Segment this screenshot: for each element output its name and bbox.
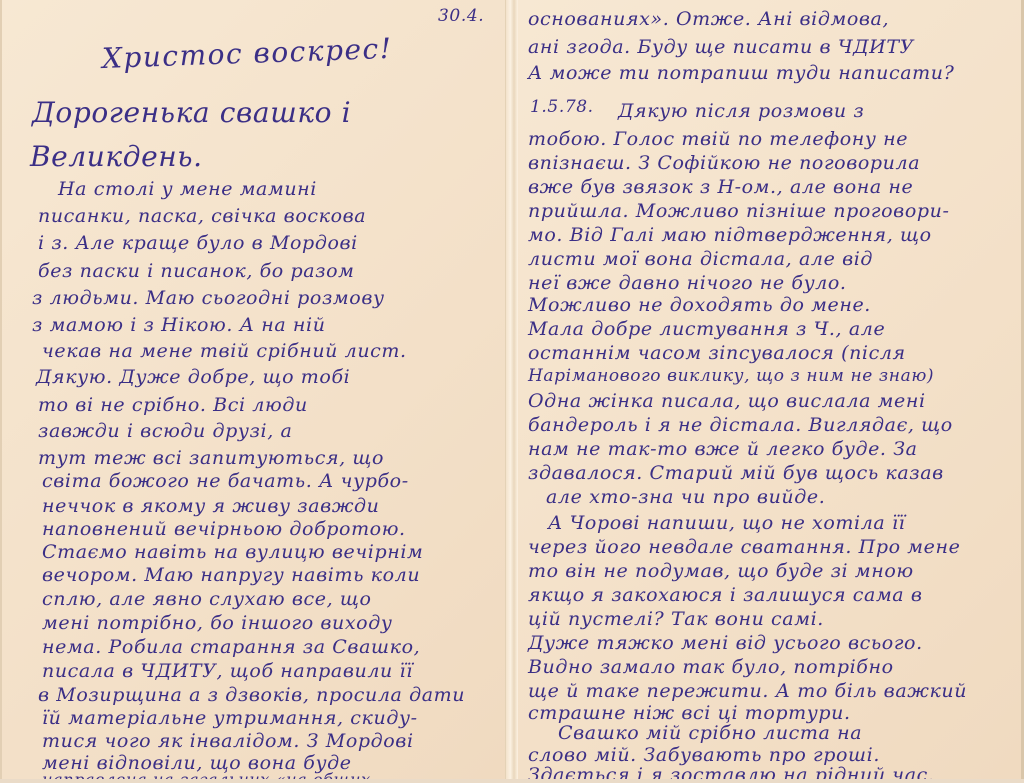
letter-line: через його невдале сватання. Про мене [528, 536, 960, 558]
letter-line: мені потрібно, бо іншого виходу [42, 612, 393, 634]
letter-line: тися чого як інвалідом. З Мордові [42, 730, 414, 752]
letter-line: якщо я закохаюся і залишуся сама в [528, 584, 923, 606]
salutation-line-1: Дорогенька свашко і [32, 96, 351, 129]
letter-line: бандероль і я не дістала. Виглядає, що [528, 414, 953, 436]
letter-line: Стаємо навіть на вулицю вечірнім [42, 541, 423, 563]
letter-line: ще й таке пережити. А то біль важкий [528, 680, 967, 702]
letter-line: неччок в якому я живу завжди [42, 495, 380, 517]
letter-line: мо. Від Галі маю підтвердження, що [528, 224, 932, 246]
right-page: основаниях». Отже. Ані відмова, ані згод… [518, 0, 1024, 783]
letter-line: нема. Робила старання за Свашко, [42, 636, 420, 658]
letter-line: з людьми. Маю сьогодні розмову [32, 287, 385, 309]
letter-line: листи мої вона дістала, але від [528, 248, 873, 270]
letter-line: писала в ЧДИТУ, щоб направили її [42, 660, 413, 682]
letter-line: без паски і писанок, бо разом [38, 260, 355, 282]
letter-line: цій пустелі? Так вони самі. [528, 608, 824, 630]
letter-line: наповнений вечірньою добротою. [42, 518, 406, 540]
letter-line: тобою. Голос твій по телефону не [528, 128, 908, 150]
letter-line: Дякую. Дуже добре, що тобі [36, 366, 350, 388]
letter-line: завжди і всюди друзі, а [38, 420, 292, 442]
letter-line: то він не подумав, що буде зі мною [528, 560, 914, 582]
letter-line: вже був звязок з Н-ом., але вона не [528, 176, 913, 198]
letter-line: основаниях». Отже. Ані відмова, [528, 8, 889, 30]
letter-line: страшне ніж всі ці тортури. [528, 702, 851, 724]
letter-line: чекав на мене твій срібний лист. [42, 340, 407, 362]
letter-line: На столі у мене мамині [58, 178, 317, 200]
left-page: 30.4. Христос воскрес! Дорогенька свашко… [0, 0, 510, 783]
right-date: 1.5.78. [530, 97, 594, 117]
letter-line: то ві не срібно. Всі люди [38, 394, 308, 416]
letter-line: слово мій. Забувають про гроші. [528, 744, 880, 766]
letter-line: нам не так-то вже й легко буде. За [528, 438, 918, 460]
salutation-line-2: Великдень. [30, 140, 203, 173]
letter-line: Мала добре листування з Ч., але [528, 318, 885, 340]
letter-line: їй матеріальне утримання, скиду- [42, 707, 418, 729]
letter-spread: 30.4. Христос воскрес! Дорогенька свашко… [0, 0, 1024, 783]
letter-line: Одна жінка писала, що вислала мені [528, 390, 926, 412]
letter-line: впізнаєш. З Софійкою не поговорила [528, 152, 920, 174]
left-date: 30.4. [438, 6, 484, 26]
paper-edge [0, 779, 1024, 783]
letter-line: останнім часом зіпсувалося (після [528, 342, 906, 364]
letter-line: Видно замало так було, потрібно [528, 656, 894, 678]
letter-line: Дуже тяжко мені від усього всього. [528, 632, 923, 654]
letter-line: Наріманового виклику, що з ним не знаю) [528, 366, 934, 386]
letter-line: А може ти потрапиш туди написати? [528, 62, 954, 84]
letter-line: писанки, паска, свічка воскова [38, 205, 366, 227]
letter-line: вечором. Маю напругу навіть коли [42, 564, 420, 586]
letter-line: А Чорові напиши, що не хотіла її [548, 512, 905, 534]
letter-line: здавалося. Старий мій був щось казав [528, 462, 944, 484]
letter-line: і з. Але краще було в Мордові [38, 232, 358, 254]
letter-line: Свашко мій срібно листа на [558, 722, 862, 744]
letter-line: сплю, але явно слухаю все, що [42, 588, 372, 610]
greeting: Христос воскрес! [101, 32, 393, 75]
letter-line: Дякую після розмови з [618, 100, 864, 122]
letter-line: неї вже давно нічого не було. [528, 272, 847, 294]
letter-line: ані згода. Буду ще писати в ЧДИТУ [528, 36, 914, 58]
letter-line: але хто-зна чи про вийде. [546, 486, 825, 508]
letter-line: світа божого не бачать. А чурбо- [42, 470, 409, 492]
letter-line: тут теж всі запитуються, що [38, 447, 384, 469]
letter-line: з мамою і з Нікою. А на ній [32, 314, 326, 336]
letter-line: в Мозирщина а з дзвоків, просила дати [38, 684, 465, 706]
letter-line: Можливо не доходять до мене. [528, 294, 871, 316]
letter-line: прийшла. Можливо пізніше проговори- [528, 200, 949, 222]
